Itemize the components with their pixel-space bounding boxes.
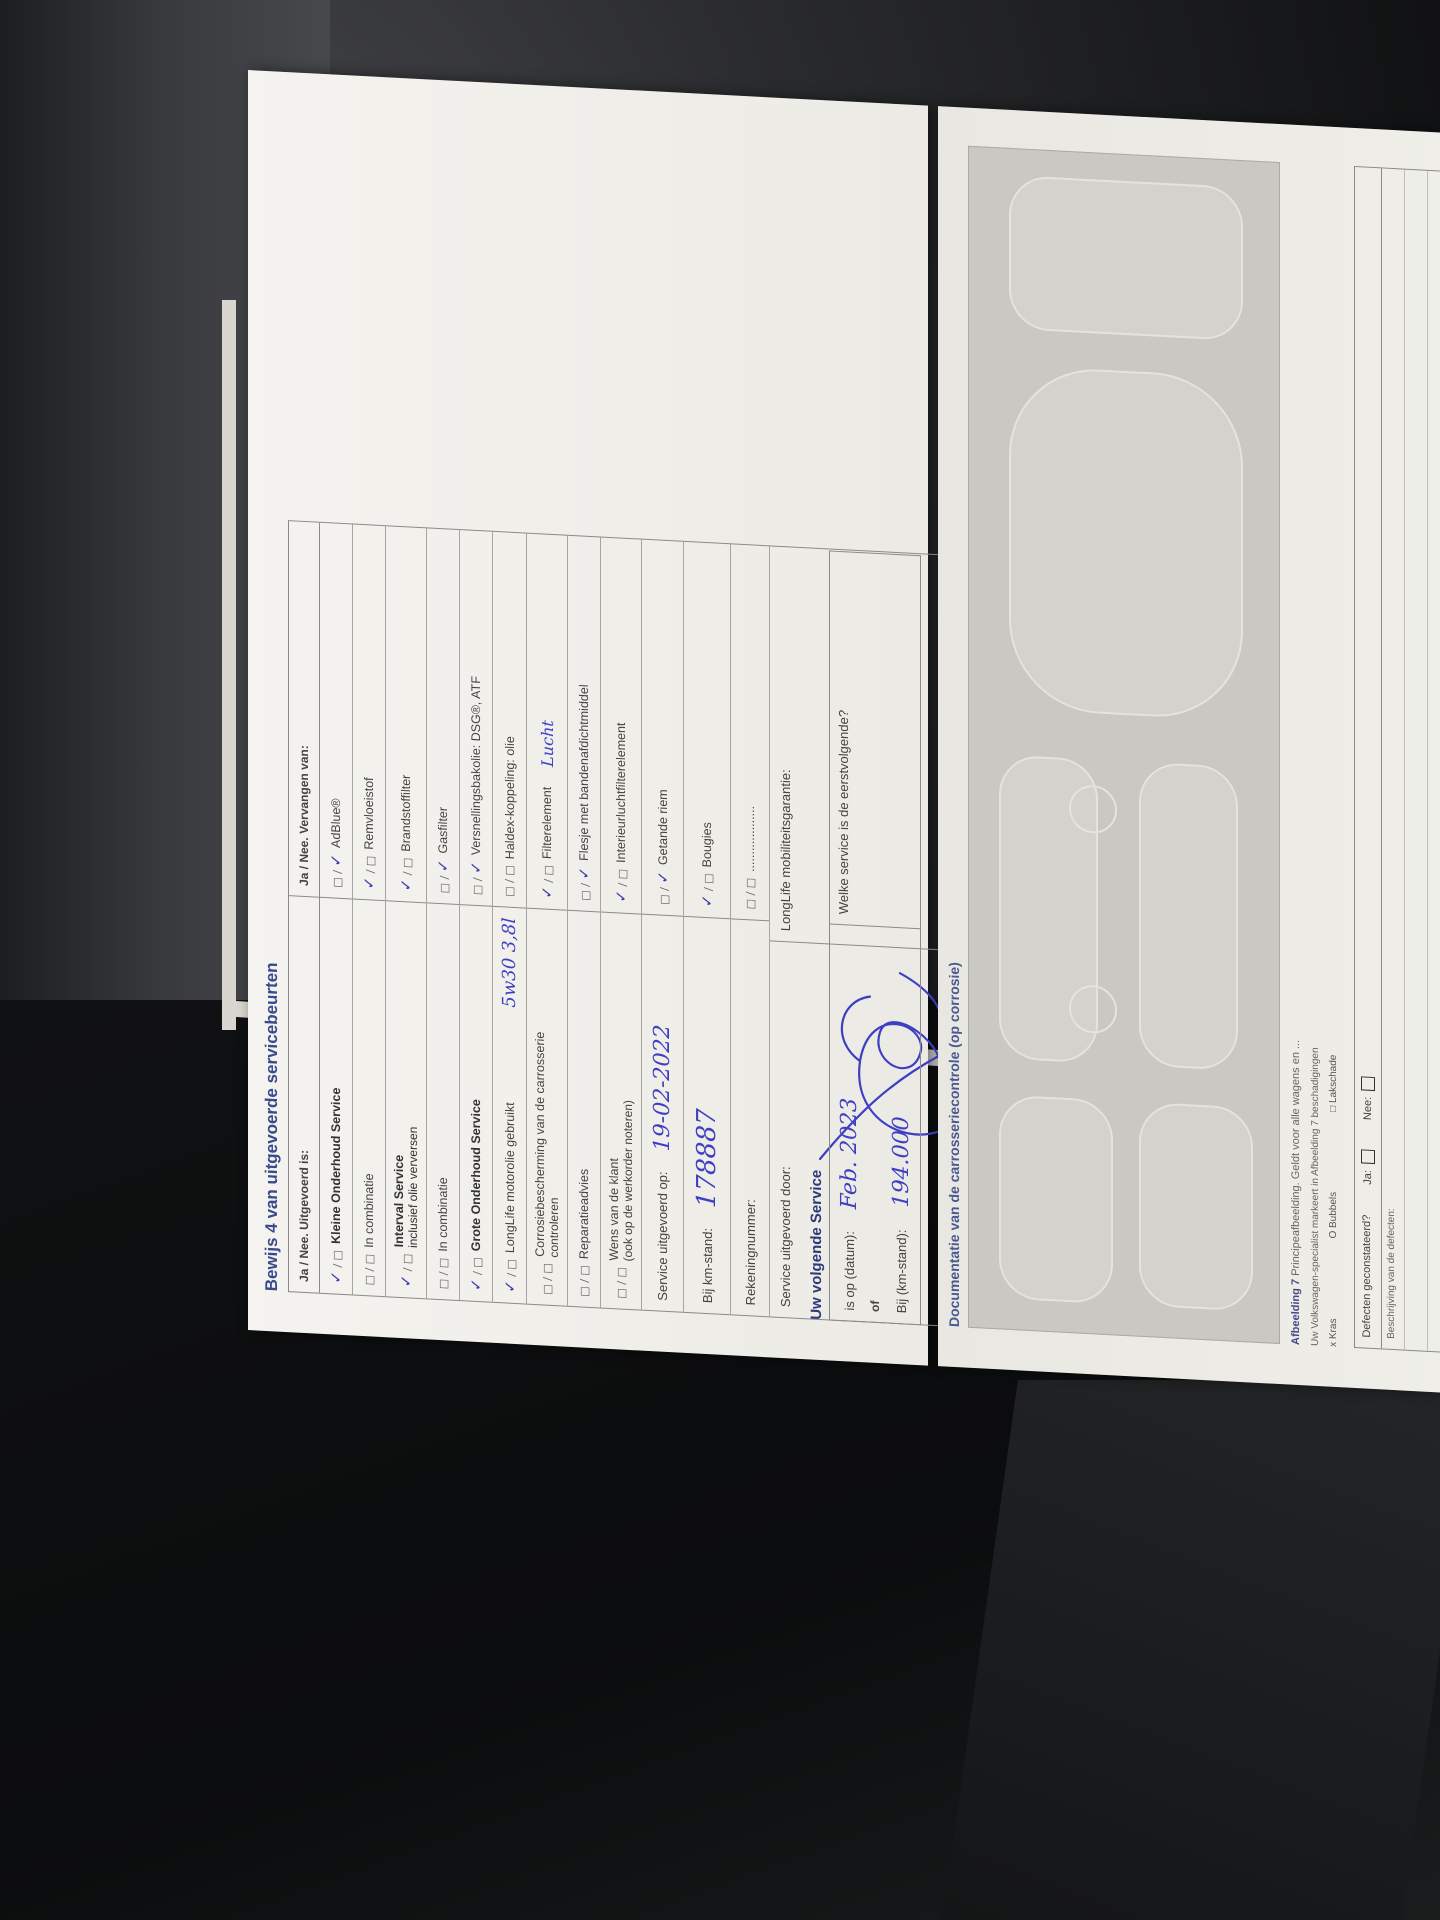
checkbox-pair[interactable]: □ / ✓ [467, 861, 485, 896]
check-mark-icon: ✓ [654, 871, 672, 885]
extra-item-2: □ / □ ................... [731, 544, 769, 920]
figure-number: Afbeelding 7 [1290, 1279, 1302, 1346]
handwritten-note: Lucht [538, 720, 557, 768]
check-mark-icon: ✓ [467, 861, 485, 875]
checkbox-pair[interactable]: ✓ / □ [360, 855, 378, 890]
check-mark-icon: ✓ [327, 853, 345, 867]
next-km-line: Bij (km-stand): 194.000 [888, 938, 914, 1314]
checkbox-pair[interactable]: ✓ / □ [467, 1257, 485, 1292]
replaced-cell: □ / ✓AdBlue® [320, 523, 352, 899]
performed-label: Wens van de klant(ook op de werkorder no… [607, 1099, 635, 1262]
replaced-label: Remvloeistof [362, 777, 376, 850]
checkbox-pair[interactable]: ✓ / □ [397, 857, 415, 892]
checkbox-pair[interactable]: ✓ / □ [397, 1253, 415, 1288]
invoice-row: Rekeningnummer: □ / □ ..................… [731, 544, 770, 1316]
checkbox-pair[interactable]: □ / ✓ [575, 866, 593, 901]
performed-cell: □ / □Reparatieadvies [568, 910, 600, 1308]
check-mark-icon: ✓ [397, 878, 415, 892]
header-performed: Ja / Nee. Uitgevoerd is: [289, 895, 319, 1293]
performed-cell: ✓ / □Interval Serviceinclusief olie verv… [386, 900, 426, 1298]
figure-caption: Afbeelding 7 Principeafbeelding. Geldt v… [1290, 1039, 1302, 1345]
table-row: □ / □In combinatie□ / ✓Gasfilter [427, 528, 460, 1300]
performed-cell: □ / □In combinatie [353, 899, 385, 1297]
replaced-cell: ✓ / □Brandstoffilter [386, 526, 426, 902]
checkbox-pair[interactable]: □ / □ [615, 1267, 628, 1299]
performed-label: Reparatieadvies [577, 1168, 591, 1259]
next-date-value[interactable]: Feb. 2023 [837, 1097, 862, 1209]
table-row: □ / □In combinatie✓ / □Remvloeistof [353, 525, 386, 1297]
performed-cell: ✓ / □LongLife motorolie gebruikt5w30 3,8… [493, 906, 526, 1304]
performed-label: Interval Serviceinclusief olie verversen [392, 1125, 420, 1248]
checkbox-pair[interactable]: □ / ✓ [434, 859, 452, 894]
next-km-label: Bij (km-stand): [894, 1229, 909, 1314]
next-service-box: is op (datum): Feb. 2023 of Bij (km-stan… [829, 550, 921, 1325]
replaced-cell: □ / □Haldex-koppeling: olie [493, 532, 526, 908]
car-top-view-icon [1009, 365, 1243, 721]
handwritten-note: 5w30 3,8l [499, 917, 520, 1008]
replaced-label: Interieurluchtfilterelement [614, 722, 628, 863]
performed-cell: □ / □Wens van de klant(ook op de werkord… [601, 911, 641, 1309]
checkbox-pair[interactable]: ✓ / □ [501, 1259, 519, 1294]
defects-question: Defecten geconstateerd? [1361, 1214, 1375, 1338]
km-row: Bij km-stand: 178887 ✓ / □ Bougies [684, 542, 731, 1314]
performed-by-label: Service uitgevoerd door: [770, 941, 801, 1318]
checkbox-pair[interactable]: □ / □ [744, 877, 757, 909]
legend-scratch: x Kras [1328, 1318, 1339, 1347]
checkbox-pair[interactable]: □ / □ [541, 1263, 554, 1295]
extra-item-1: ✓ / □ Bougies [684, 542, 730, 918]
next-service-title: Uw volgende Service [808, 549, 825, 1320]
background-seat-fold [942, 1380, 1440, 1920]
checkbox-pair[interactable]: □ / ✓ [327, 853, 345, 888]
checkbox-pair[interactable]: ✓ / □ [538, 865, 556, 900]
table-row: □ / □Corrosiebescherming van de carrosse… [527, 534, 568, 1306]
extra-item-label: Bougies [700, 822, 714, 868]
replaced-label: Gasfilter [436, 807, 450, 854]
defects-box: Defecten geconstateerd? Ja: Nee: Beschri… [1354, 166, 1440, 1354]
table-row: ✓ / □Interval Serviceinclusief olie verv… [386, 526, 427, 1298]
next-km-value[interactable]: 194.000 [889, 1116, 914, 1208]
checkbox-pair[interactable]: □ / □ [503, 865, 516, 897]
checkbox-pair[interactable]: ✓ / □ [327, 1249, 345, 1284]
damage-legend: x Kras O Bubbels □ Lakschade [1328, 1054, 1339, 1347]
check-mark-icon: ✓ [434, 859, 452, 873]
replaced-cell: □ / ✓Versnellingsbakolie: DSG®, ATF [460, 530, 492, 906]
performed-cell: ✓ / □Kleine Onderhoud Service [320, 897, 352, 1295]
check-mark-icon: ✓ [360, 876, 378, 890]
legend-paint: □ Lakschade [1328, 1054, 1339, 1112]
check-mark-icon: ✓ [327, 1271, 345, 1285]
km-label: Bij km-stand: [700, 1228, 715, 1304]
table-row: □ / □Wens van de klant(ook op de werkord… [601, 537, 642, 1309]
table-header: Ja / Nee. Uitgevoerd is: Ja / Nee. Verva… [289, 521, 320, 1293]
performed-label: Kleine Onderhoud Service [329, 1087, 343, 1244]
checkbox-pair[interactable]: □ / □ [437, 1257, 450, 1289]
check-mark-icon: ✓ [612, 889, 630, 903]
no-checkbox[interactable] [1361, 1076, 1375, 1091]
performed-label: Corrosiebescherming van de carrosserieco… [533, 1031, 561, 1258]
legend-bubbles: O Bubbels [1328, 1192, 1339, 1239]
check-mark-icon: ✓ [575, 866, 593, 880]
next-which-label: Welke service is de eerstvolgende? [830, 552, 920, 929]
performed-cell: □ / □Corrosiebescherming van de carrosse… [527, 908, 567, 1306]
bodywork-page: Documentatie van de carrosseriecontrole … [938, 106, 1440, 1393]
check-mark-icon: ✓ [698, 894, 716, 908]
car-rear-view-icon [1139, 1102, 1253, 1312]
invoice-label: Rekeningnummer: [743, 1199, 758, 1306]
next-or-label: of [862, 936, 888, 1312]
performed-label: In combinatie [362, 1173, 376, 1248]
header-replaced: Ja / Nee. Vervangen van: [289, 734, 319, 896]
replaced-cell: ✓ / □Remvloeistof [353, 525, 385, 901]
check-mark-icon: ✓ [397, 1274, 415, 1288]
checkbox-pair[interactable]: ✓ / □ [612, 868, 630, 903]
checkbox-pair[interactable]: ✓ / □ [698, 873, 716, 908]
service-date-label: Service uitgevoerd op: [655, 1171, 670, 1301]
checkbox-pair[interactable]: □ / □ [578, 1265, 591, 1297]
car-front-view-icon [999, 1094, 1113, 1304]
checkbox-pair[interactable]: □ / ✓ [654, 871, 672, 906]
replaced-label: Versnellingsbakolie: DSG®, ATF [469, 676, 483, 856]
yes-checkbox[interactable] [1361, 1150, 1375, 1165]
extra-item-label: ................... [743, 805, 757, 872]
performed-label: LongLife motorolie gebruikt [503, 1102, 517, 1254]
table-rows: ✓ / □Kleine Onderhoud Service□ / ✓AdBlue… [320, 523, 642, 1310]
checkbox-pair[interactable]: □ / □ [363, 1254, 376, 1286]
figure-description: Principeafbeelding. Geldt voor alle wage… [1290, 1039, 1302, 1276]
table-row: □ / □Reparatieadvies□ / ✓Flesje met band… [568, 536, 601, 1308]
check-mark-icon: ✓ [538, 886, 556, 900]
service-record-page: Bewijs 4 van uitgevoerde servicebeurten … [248, 70, 928, 1366]
bodywork-title: Documentatie van de carrosseriecontrole … [946, 962, 962, 1328]
replaced-label: Filterelement [540, 786, 554, 859]
service-date-value[interactable]: 19-02-2022 [650, 1024, 675, 1152]
replaced-label: Brandstoffilter [399, 774, 413, 852]
performed-label: Grote Onderhoud Service [469, 1099, 483, 1252]
car-interior-icon [1009, 175, 1243, 341]
car-side-right-icon [1139, 762, 1238, 1071]
next-date-label: is op (datum): [842, 1231, 857, 1311]
replaced-cell: □ / ✓Gasfilter [427, 528, 459, 904]
check-mark-icon: ✓ [501, 1280, 519, 1294]
extra-item-label: Getande riem [656, 789, 670, 865]
replaced-label: Haldex-koppeling: olie [503, 736, 517, 860]
next-service-section: Uw volgende Service is op (datum): Feb. … [808, 549, 921, 1325]
check-mark-icon: ✓ [467, 1278, 485, 1292]
replaced-label: AdBlue® [329, 798, 343, 848]
car-diagram [968, 146, 1280, 1344]
replaced-cell: ✓ / □Interieurluchtfilterelement [601, 537, 641, 913]
mobility-label: LongLife mobiliteitsgarantie: [778, 769, 793, 932]
performed-label: In combinatie [436, 1177, 450, 1252]
km-value[interactable]: 178887 [692, 1108, 722, 1209]
no-label: Nee: [1362, 1097, 1374, 1121]
performed-cell: □ / □In combinatie [427, 902, 459, 1300]
replaced-cell: □ / ✓Flesje met bandenafdichtmiddel [568, 536, 600, 912]
replaced-label: Flesje met bandenafdichtmiddel [577, 684, 591, 861]
table-row: ✓ / □LongLife motorolie gebruikt5w30 3,8… [493, 532, 527, 1304]
replaced-cell: ✓ / □FilterelementLucht [527, 534, 567, 910]
yes-label: Ja: [1362, 1170, 1374, 1185]
service-date-row: Service uitgevoerd op: 19-02-2022 □ / ✓ … [642, 540, 684, 1312]
page-edge [222, 300, 236, 1030]
table-row: ✓ / □Kleine Onderhoud Service□ / ✓AdBlue… [320, 523, 353, 1295]
booklet-spread: Bewijs 4 van uitgevoerde servicebeurten … [248, 70, 1428, 1392]
defects-description[interactable]: Beschrijving van de defecten: [1382, 168, 1440, 1352]
page-title: Bewijs 4 van uitgevoerde servicebeurten [262, 962, 282, 1292]
specialist-note: Uw Volkswagen-specialist markeert in Afb… [1310, 1047, 1321, 1346]
next-date-line: is op (datum): Feb. 2023 [836, 935, 862, 1311]
table-row: ✓ / □Grote Onderhoud Service□ / ✓Versnel… [460, 530, 493, 1302]
extra-item-0: □ / ✓ Getande riem [642, 540, 683, 916]
performed-cell: ✓ / □Grote Onderhoud Service [460, 904, 492, 1302]
